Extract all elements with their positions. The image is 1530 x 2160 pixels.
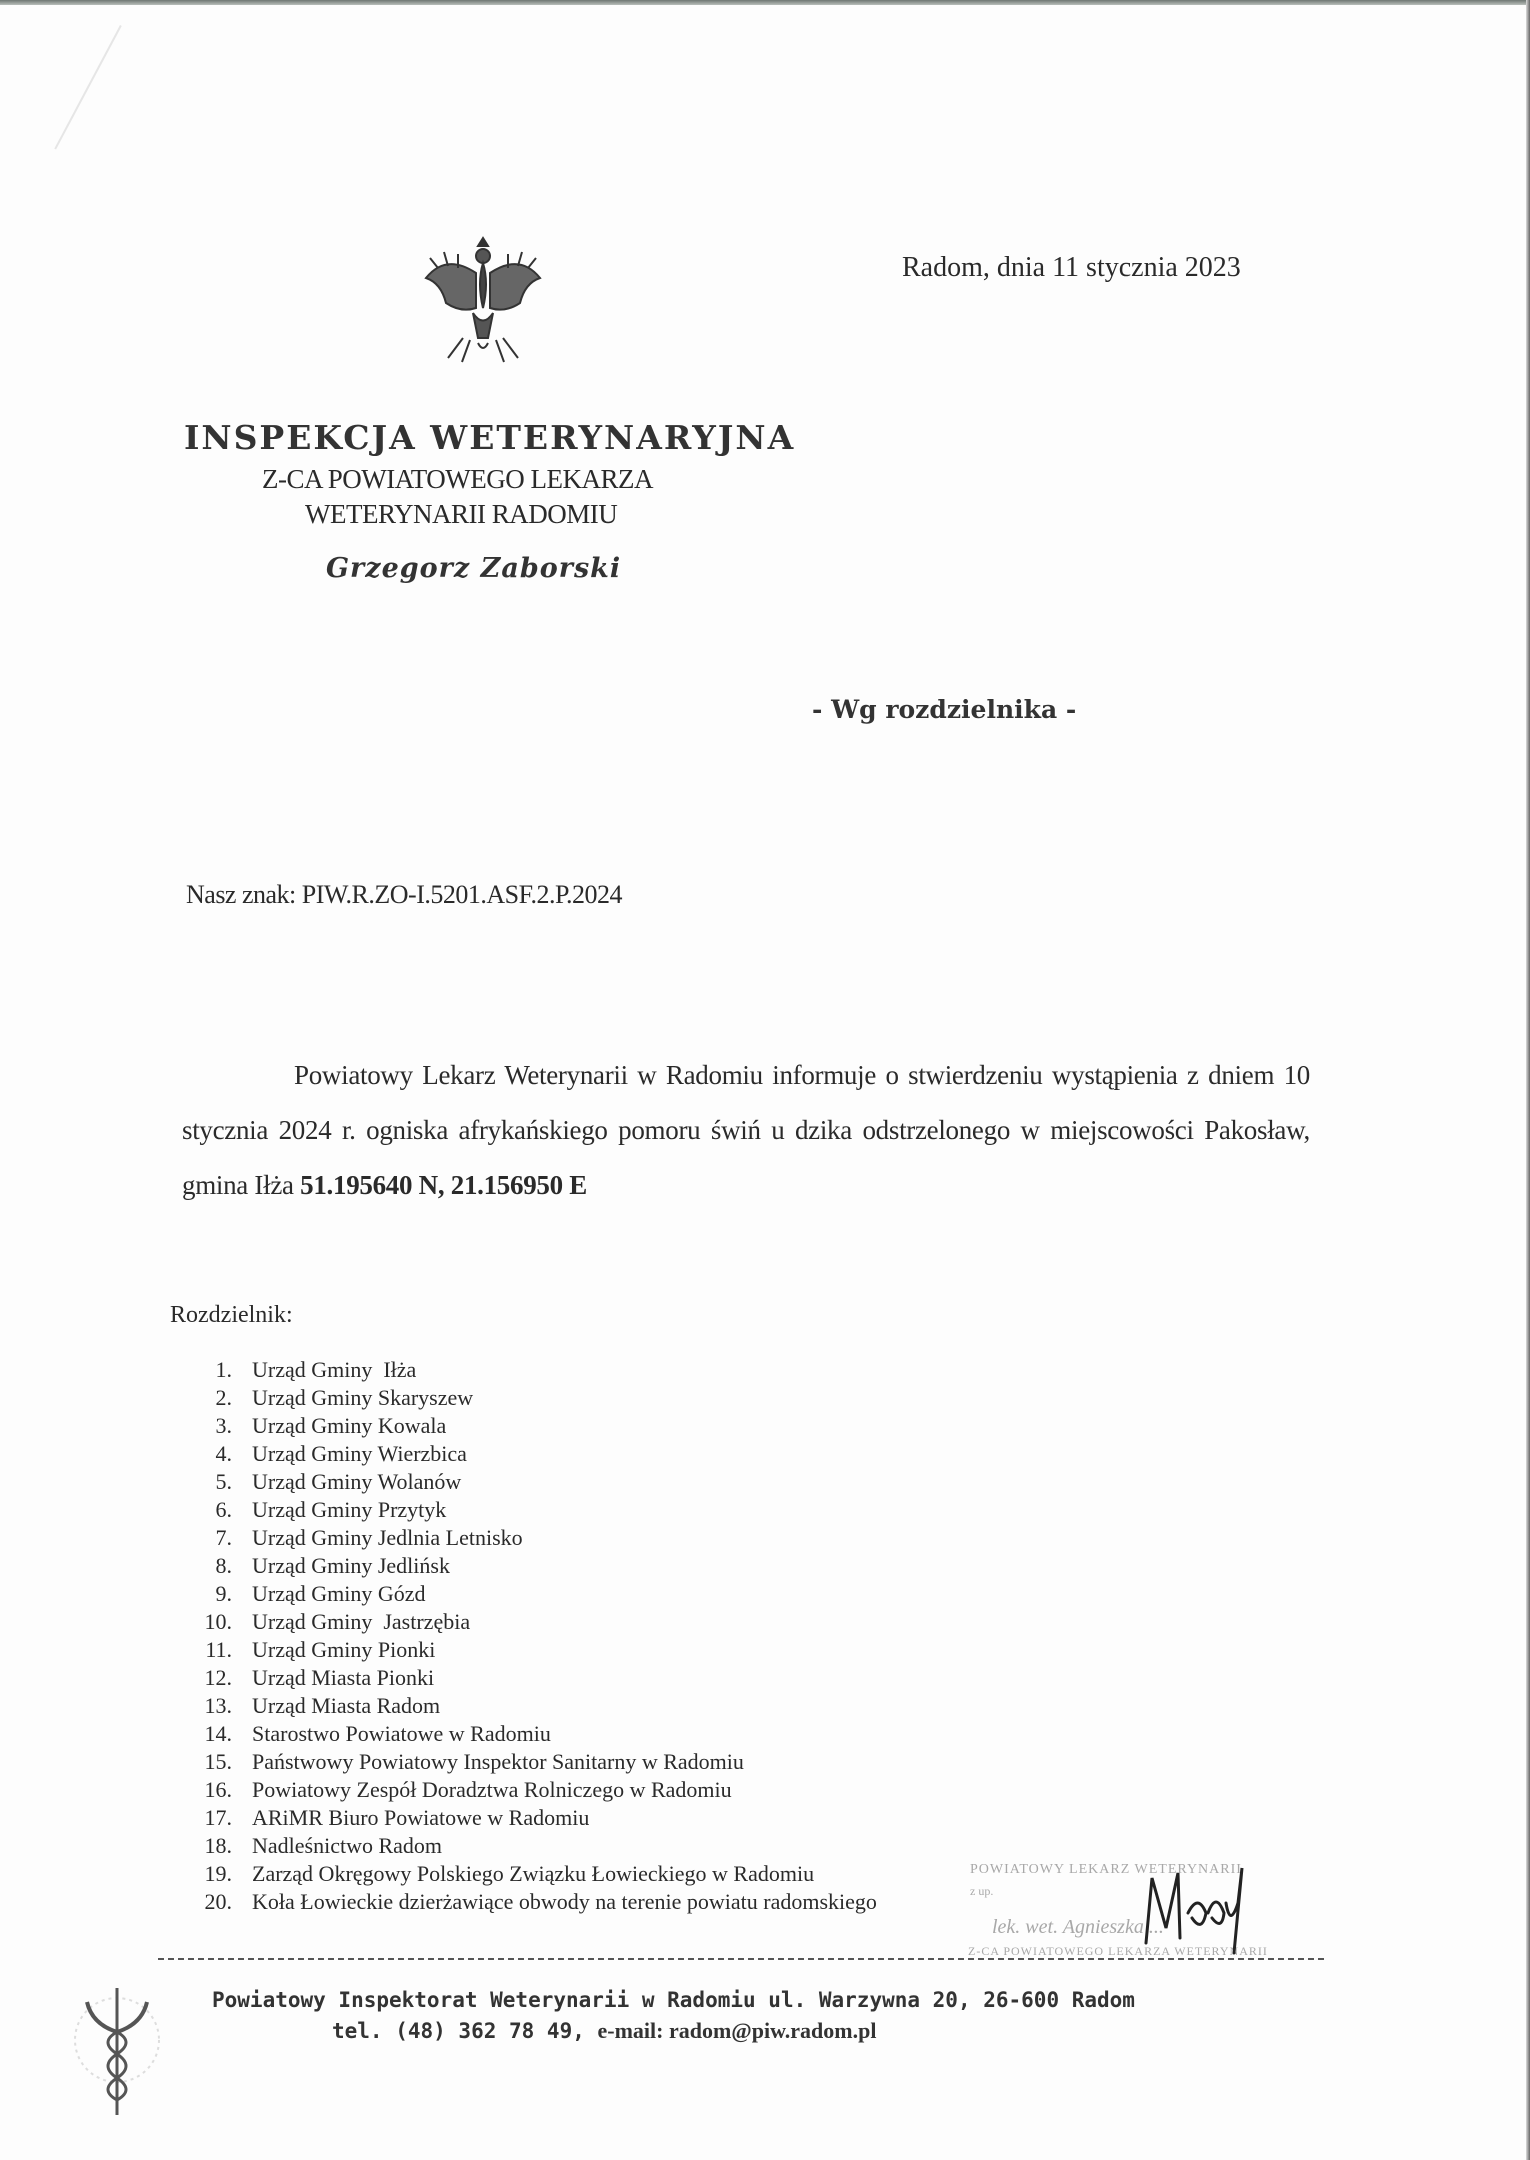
item-text: Państwowy Powiatowy Inspektor Sanitarny … [252,1748,744,1776]
item-number: 9. [198,1580,232,1608]
item-text: Urząd Gminy Jedlnia Letnisko [252,1524,523,1552]
item-number: 6. [198,1496,232,1524]
distribution-item: 13.Urząd Miasta Radom [198,1692,877,1720]
signature-icon [1138,1858,1248,1958]
item-text: Urząd Gminy Skaryszew [252,1384,473,1412]
item-number: 2. [198,1384,232,1412]
item-text: Urząd Miasta Radom [252,1692,440,1720]
caduceus-icon [72,1980,162,2120]
item-text: Zarząd Okręgowy Polskiego Związku Łowiec… [252,1860,814,1888]
coordinates: 51.195640 N, 21.156950 E [300,1170,587,1200]
place-date: Radom, dnia 11 stycznia 2023 [902,252,1241,284]
official-stamp: POWIATOWY LEKARZ WETERYNARII z up. lek. … [968,1858,1318,1968]
scan-top-edge [0,0,1530,5]
distribution-item: 1.Urząd Gminy Iłża [198,1356,877,1384]
item-text: Urząd Gminy Pionki [252,1636,435,1664]
item-text: Urząd Gminy Jastrzębia [252,1608,470,1636]
item-number: 18. [198,1832,232,1860]
institution-name: INSPEKCJA WETERYNARYJNA [184,418,795,457]
distribution-item: 10.Urząd Gminy Jastrzębia [198,1608,877,1636]
polish-eagle-icon [418,228,548,373]
body-paragraph: Powiatowy Lekarz Weterynarii w Radomiu i… [182,1048,1310,1213]
item-number: 13. [198,1692,232,1720]
item-text: Powiatowy Zespół Doradztwa Rolniczego w … [252,1776,732,1804]
distribution-item: 15.Państwowy Powiatowy Inspektor Sanitar… [198,1748,877,1776]
item-text: Urząd Miasta Pionki [252,1664,434,1692]
item-number: 20. [198,1888,232,1916]
footer-divider [158,1958,1324,1960]
item-text: Urząd Gminy Wierzbica [252,1440,467,1468]
distribution-label: Rozdzielnik: [170,1302,293,1329]
item-text: ARiMR Biuro Powiatowe w Radomiu [252,1804,589,1832]
item-number: 14. [198,1720,232,1748]
item-number: 17. [198,1804,232,1832]
distribution-item: 5.Urząd Gminy Wolanów [198,1468,877,1496]
position-title-line2: WETERYNARII RADOMIU [305,499,617,530]
distribution-item: 19.Zarząd Okręgowy Polskiego Związku Łow… [198,1860,877,1888]
distribution-item: 4.Urząd Gminy Wierzbica [198,1440,877,1468]
item-text: Urząd Gminy Gózd [252,1580,426,1608]
distribution-item: 12.Urząd Miasta Pionki [198,1664,877,1692]
recipient-line: - Wg rozdzielnika - [812,695,1076,724]
distribution-item: 8.Urząd Gminy Jedlińsk [198,1552,877,1580]
item-number: 7. [198,1524,232,1552]
item-text: Starostwo Powiatowe w Radomiu [252,1720,551,1748]
item-number: 10. [198,1608,232,1636]
item-text: Nadleśnictwo Radom [252,1832,442,1860]
distribution-list: 1.Urząd Gminy Iłża2.Urząd Gminy Skarysze… [198,1356,877,1916]
item-number: 12. [198,1664,232,1692]
item-number: 16. [198,1776,232,1804]
scan-right-edge [1526,0,1530,2160]
item-text: Urząd Gminy Jedlińsk [252,1552,450,1580]
distribution-item: 11.Urząd Gminy Pionki [198,1636,877,1664]
footer-email[interactable]: e-mail: radom@piw.radom.pl [598,2018,877,2043]
item-number: 11. [198,1636,232,1664]
footer-address: Powiatowy Inspektorat Weterynarii w Rado… [212,1988,1135,2012]
distribution-item: 16.Powiatowy Zespół Doradztwa Rolniczego… [198,1776,877,1804]
item-number: 1. [198,1356,232,1384]
distribution-item: 3.Urząd Gminy Kowala [198,1412,877,1440]
item-text: Urząd Gminy Iłża [252,1356,416,1384]
distribution-item: 18.Nadleśnictwo Radom [198,1832,877,1860]
item-text: Urząd Gminy Wolanów [252,1468,461,1496]
reference-number: Nasz znak: PIW.R.ZO-I.5201.ASF.2.P.2024 [186,880,622,910]
stamp-line2: z up. [970,1884,993,1899]
distribution-item: 17.ARiMR Biuro Powiatowe w Radomiu [198,1804,877,1832]
distribution-item: 14.Starostwo Powiatowe w Radomiu [198,1720,877,1748]
item-text: Urząd Gminy Przytyk [252,1496,446,1524]
distribution-item: 20.Koła Łowieckie dzierżawiące obwody na… [198,1888,877,1916]
item-number: 19. [198,1860,232,1888]
distribution-item: 6.Urząd Gminy Przytyk [198,1496,877,1524]
paper-crease [54,25,121,150]
distribution-item: 9.Urząd Gminy Gózd [198,1580,877,1608]
item-text: Koła Łowieckie dzierżawiące obwody na te… [252,1888,877,1916]
footer-contact: tel. (48) 362 78 49, e-mail: radom@piw.r… [332,2018,876,2044]
footer-phone: tel. (48) 362 78 49, [332,2019,598,2043]
item-number: 4. [198,1440,232,1468]
position-title-line1: Z-CA POWIATOWEGO LEKARZA [262,464,653,495]
item-text: Urząd Gminy Kowala [252,1412,446,1440]
item-number: 3. [198,1412,232,1440]
item-number: 8. [198,1552,232,1580]
distribution-item: 7.Urząd Gminy Jedlnia Letnisko [198,1524,877,1552]
item-number: 15. [198,1748,232,1776]
distribution-item: 2.Urząd Gminy Skaryszew [198,1384,877,1412]
item-number: 5. [198,1468,232,1496]
official-name: Grzegorz Zaborski [326,553,621,584]
